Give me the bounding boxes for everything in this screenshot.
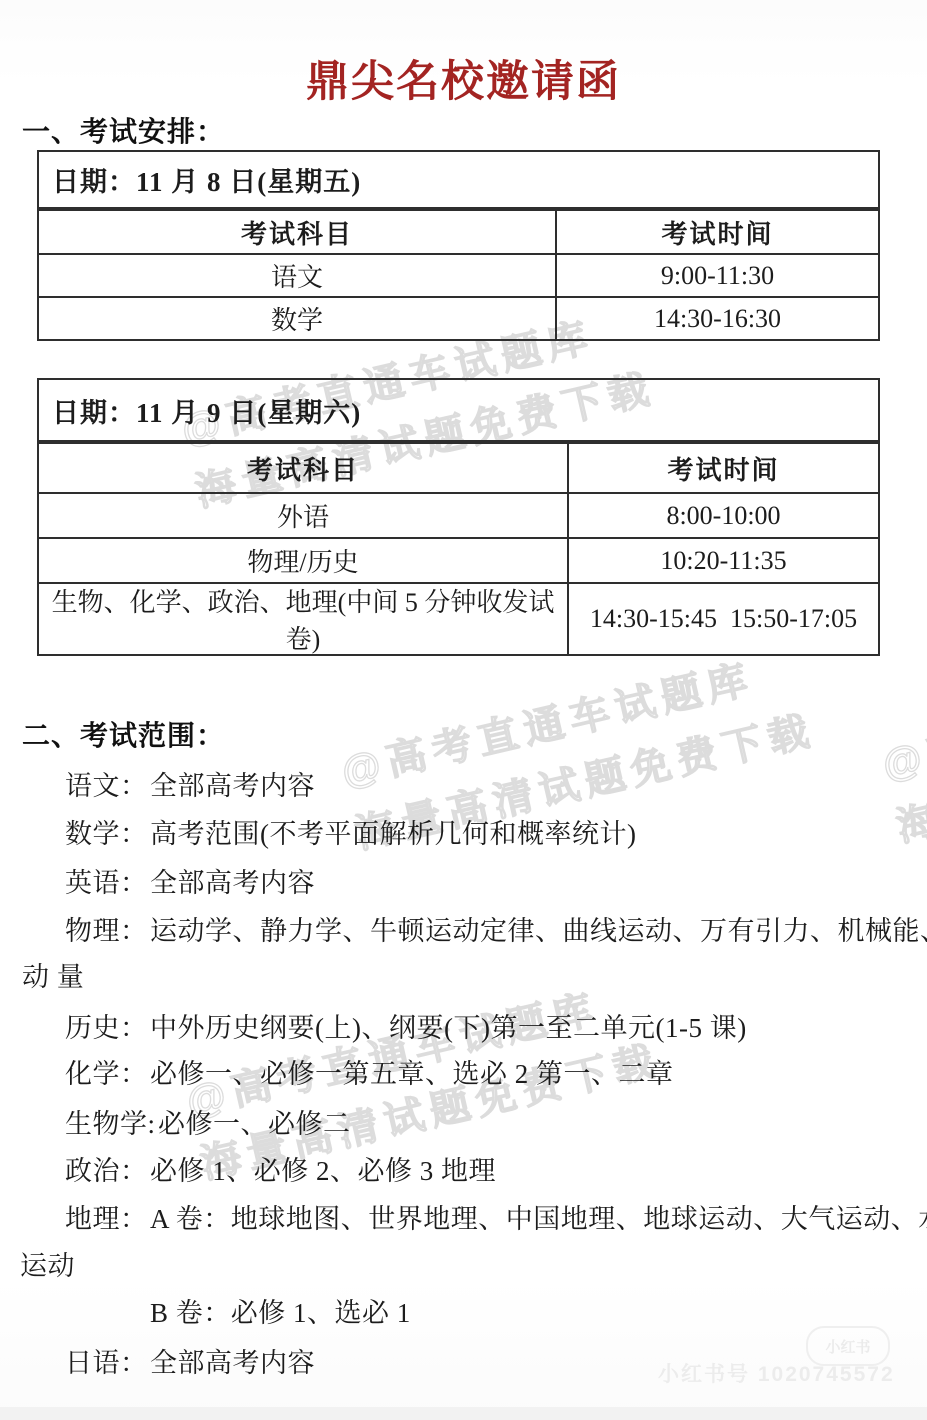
table-cell-time: 14:30-16:30 <box>555 296 878 339</box>
scope-line-politics: 政治：必修 1、必修 2、必修 3 地理 <box>65 1149 496 1188</box>
watermark-line1: @高考直通车试题库 <box>335 636 807 804</box>
scope-line-geography: 地理：A 卷：地球地图、世界地理、中国地理、地球运动、大气运动、水的 <box>65 1197 927 1236</box>
table-cell-subject: 生物、化学、政治、地理(中间 5 分钟收发试卷) <box>39 582 567 654</box>
column-header-time: 考试时间 <box>567 442 878 492</box>
scope-label: 政治： <box>65 1149 150 1188</box>
scope-line-geography-b: B 卷：必修 1、选必 1 <box>150 1291 411 1330</box>
bottom-edge-strip <box>0 1407 927 1420</box>
scope-text: 高考范围(不考平面解析几何和概率统计) <box>150 819 636 849</box>
scope-line-biology: 生物学:必修一、必修二 <box>65 1102 351 1141</box>
watermark-overlay: @高考直通车试题库 海量高清试题免费下载 <box>876 629 927 859</box>
xiaohongshu-id-number: 1020745572 <box>758 1363 895 1386</box>
scope-line-chemistry: 化学：必修一、必修一第五章、选必 2 第一、二章 <box>65 1052 674 1091</box>
scope-label: 英语： <box>65 861 150 900</box>
scope-line-japanese: 日语：全部高考内容 <box>65 1341 315 1380</box>
scope-line-chinese: 语文：全部高考内容 <box>65 764 315 803</box>
scope-label: 日语： <box>65 1341 150 1380</box>
scope-line-physics-wrap: 动 量 <box>22 955 84 994</box>
scope-text: A 卷：地球地图、世界地理、中国地理、地球运动、大气运动、水的 <box>150 1204 927 1234</box>
scope-text: 必修一、必修二 <box>158 1109 351 1139</box>
scope-text: 必修一、必修一第五章、选必 2 第一、二章 <box>150 1059 674 1089</box>
column-header-time: 考试时间 <box>555 209 878 253</box>
scope-text: 必修 1、必修 2、必修 3 地理 <box>150 1156 496 1186</box>
column-header-subject: 考试科目 <box>39 209 555 253</box>
scope-line-math: 数学：高考范围(不考平面解析几何和概率统计) <box>65 812 636 851</box>
section-heading-scope: 二、考试范围： <box>22 714 225 754</box>
table-cell-subject: 物理/历史 <box>39 537 567 582</box>
scope-label: 地理： <box>65 1197 150 1236</box>
scope-text: 全部高考内容 <box>150 868 315 898</box>
table-cell-subject: 数学 <box>39 296 555 339</box>
scope-label: 历史： <box>65 1006 150 1045</box>
scope-text: 运动学、静力学、牛顿运动定律、曲线运动、万有引力、机械能、 <box>150 916 927 946</box>
table-grid: 考试科目 考试时间 语文 9:00-11:30 数学 14:30-16:30 <box>39 209 878 339</box>
table-cell-subject: 外语 <box>39 492 567 537</box>
table-date-label: 日期：11 月 9 日(星期六) <box>39 380 878 442</box>
watermark-line1: @高考直通车试题库 <box>876 629 927 797</box>
scope-line-physics: 物理：运动学、静力学、牛顿运动定律、曲线运动、万有引力、机械能、 <box>65 909 927 948</box>
scope-line-english: 英语：全部高考内容 <box>65 861 315 900</box>
xiaohongshu-id: 小红书号 1020745572 <box>658 1358 895 1388</box>
scope-label: 语文： <box>65 764 150 803</box>
column-header-subject: 考试科目 <box>39 442 567 492</box>
scope-text: 中外历史纲要(上)、纲要(下)第一至二单元(1-5 课) <box>150 1013 747 1043</box>
section-heading-arrangement: 一、考试安排： <box>22 110 225 150</box>
table-cell-time: 9:00-11:30 <box>555 253 878 296</box>
table-cell-time: 8:00-10:00 <box>567 492 878 537</box>
scope-text: 全部高考内容 <box>150 1348 315 1378</box>
scope-text: 全部高考内容 <box>150 771 315 801</box>
table-cell-time: 14:30-15:45 15:50-17:05 <box>567 582 878 654</box>
table-date-label: 日期：11 月 8 日(星期五) <box>39 152 878 209</box>
scope-label: 化学： <box>65 1052 150 1091</box>
exam-table-day1: 日期：11 月 8 日(星期五) 考试科目 考试时间 语文 9:00-11:30… <box>37 150 880 341</box>
scope-line-geography-wrap: 运动 <box>20 1244 75 1283</box>
scope-label: 物理： <box>65 909 150 948</box>
table-grid: 考试科目 考试时间 外语 8:00-10:00 物理/历史 10:20-11:3… <box>39 442 878 654</box>
document-page: @高考直通车试题库 海量高清试题免费下载 @高考直通车试题库 海量高清试题免费下… <box>0 0 927 1420</box>
scope-label: 数学： <box>65 812 150 851</box>
scope-line-history: 历史：中外历史纲要(上)、纲要(下)第一至二单元(1-5 课) <box>65 1006 747 1045</box>
scope-label: 生物学: <box>65 1102 158 1141</box>
table-cell-time: 10:20-11:35 <box>567 537 878 582</box>
xiaohongshu-id-label: 小红书号 <box>658 1363 750 1386</box>
exam-table-day2: 日期：11 月 9 日(星期六) 考试科目 考试时间 外语 8:00-10:00… <box>37 378 880 656</box>
watermark-line2: 海量高清试题免费下载 <box>890 692 927 860</box>
table-cell-subject: 语文 <box>39 253 555 296</box>
document-title: 鼎尖名校邀请函 <box>0 48 927 109</box>
